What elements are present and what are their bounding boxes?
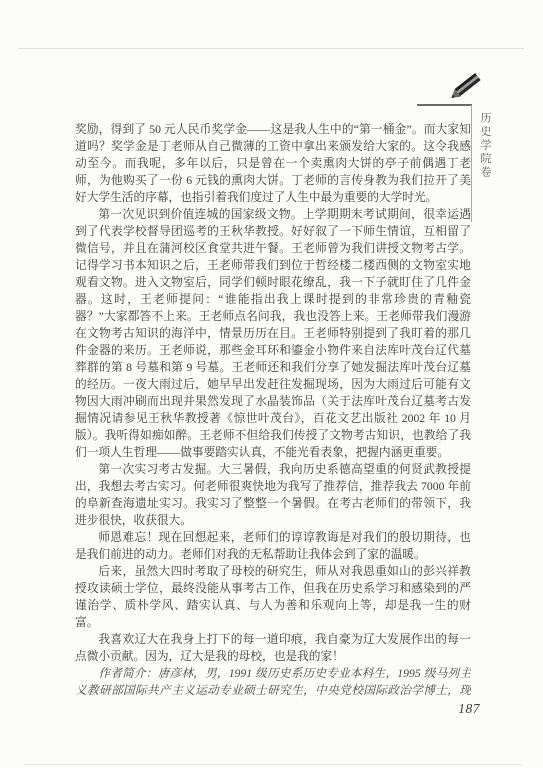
pencil-icon: [444, 68, 488, 108]
paragraph: 师恩难忘！现在回想起来，老师们的谆谆教诲是对我们的殷切期待，也是我们前进的动力。…: [75, 529, 471, 563]
paragraph: 第一次见识到价值连城的国家级文物。上学期期末考试期间，很幸运遇到了代表学校督导团…: [75, 206, 471, 461]
page-number: 187: [436, 701, 480, 717]
paragraph: 后来，虽然大四时考取了母校的研究生，师从对我恩重如山的彭兴祥教授攻读硕士学位，最…: [75, 563, 471, 631]
paragraph: 作者简介：唐彦林，男，1991 级历史系历史专业本科生，1995 级马列主义教研…: [75, 665, 471, 701]
paragraph: 第一次实习考古发掘。大三暑假，我向历史系德高望重的何贤武教授提出，我想去考古实习…: [75, 461, 471, 529]
page-edge-line-bottom: [24, 764, 522, 765]
paragraph: 奖励，得到了 50 元人民币奖学金——这是我人生中的“第一桶金”。而大家知道吗？…: [75, 121, 471, 206]
article-body: 奖励，得到了 50 元人民币奖学金——这是我人生中的“第一桶金”。而大家知道吗？…: [75, 121, 471, 701]
volume-side-label: 历史学院卷: [477, 112, 493, 180]
page-edge-line-top: [18, 48, 524, 49]
paragraph: 我喜欢辽大在我身上打下的每一道印痕，我自豪为辽大发展作出的每一点微小贡献。因为，…: [75, 631, 471, 665]
corner-rule-vertical: [471, 105, 472, 222]
scanned-page: { "page": { "side_label": "历史学院卷", "page…: [0, 0, 543, 768]
